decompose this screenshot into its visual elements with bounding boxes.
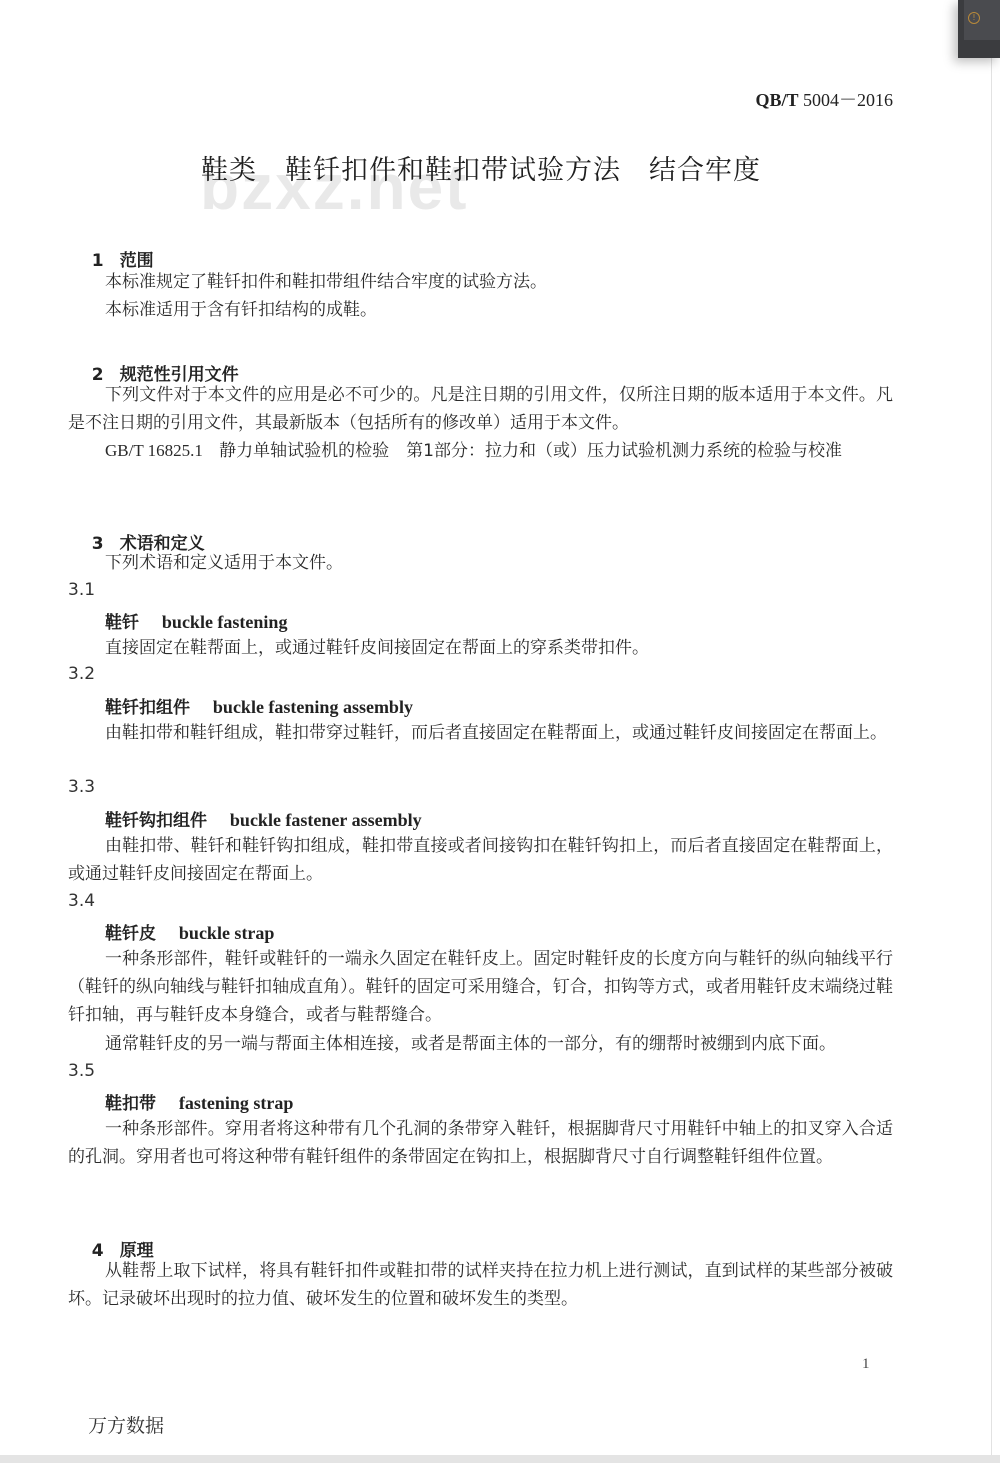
normative-reference: GB/T 16825.1 静力单轴试验机的检验 第1部分：拉力和（或）压力试验机… [68,437,893,465]
term-zh: 鞋钎 [105,613,139,633]
paragraph: 本标准规定了鞋钎扣件和鞋扣带组件结合牢度的试验方法。 [68,268,893,296]
term-en: buckle fastener assembly [230,810,422,830]
term-zh: 鞋扣带 [105,1094,156,1114]
page-edge-divider [991,0,992,1463]
term-heading: 鞋钎钩扣组件 buckle fastener assembly [105,806,422,831]
term-definition: 一种条形部件，鞋钎或鞋钎的一端永久固定在鞋钎皮上。固定时鞋钎皮的长度方向与鞋钎的… [68,945,893,1029]
term-definition: 由鞋扣带、鞋钎和鞋钎钩扣组成，鞋扣带直接或者间接钩扣在鞋钎钩扣上，而后者直接固定… [68,832,893,888]
term-zh: 鞋钎钩扣组件 [105,811,207,831]
notification-inner[interactable]: ! [964,0,1000,40]
term-definition: 一种条形部件。穿用者将这种带有几个孔洞的条带穿入鞋钎，根据脚背尺寸用鞋钎中轴上的… [68,1115,893,1171]
reference-code: GB/T 16825.1 [105,441,203,460]
term-heading: 鞋钎皮 buckle strap [105,919,274,944]
term-en: buckle fastening assembly [213,697,413,717]
term-number: 3.2 [68,664,95,684]
term-number: 3.4 [68,891,95,911]
footer-brand: 万方数据 [88,1411,164,1438]
paragraph: 下列文件对于本文件的应用是必不可少的。凡是注日期的引用文件，仅所注日期的版本适用… [68,381,893,437]
term-heading: 鞋钎扣组件 buckle fastening assembly [105,693,413,718]
bottom-scroll-edge [0,1455,1000,1463]
term-definition: 直接固定在鞋帮面上，或通过鞋钎皮间接固定在帮面上的穿系类带扣件。 [68,634,893,662]
document-title: 鞋类 鞋钎扣件和鞋扣带试验方法 结合牢度 [0,148,962,187]
warning-icon[interactable]: ! [968,12,980,24]
notification-overlay[interactable]: ! [958,0,1000,58]
reference-title: 静力单轴试验机的检验 第1部分：拉力和（或）压力试验机测力系统的检验与校准 [219,441,842,461]
term-zh: 鞋钎扣组件 [105,698,190,718]
paragraph: 下列术语和定义适用于本文件。 [68,549,893,577]
paragraph: 本标准适用于含有钎扣结构的成鞋。 [68,296,893,324]
paragraph: 从鞋帮上取下试样，将具有鞋钎扣件或鞋扣带的试样夹持在拉力机上进行测试，直到试样的… [68,1257,893,1313]
term-en: fastening strap [179,1093,294,1113]
standard-code: QB/T 5004－2016 [755,86,893,112]
term-definition: 由鞋扣带和鞋钎组成，鞋扣带穿过鞋钎，而后者直接固定在鞋帮面上，或通过鞋钎皮间接固… [68,719,893,747]
term-heading: 鞋钎 buckle fastening [105,608,287,633]
document-page: ! QB/T 5004－2016 bzxz.net 鞋类 鞋钎扣件和鞋扣带试验方… [0,0,1000,1463]
term-heading: 鞋扣带 fastening strap [105,1089,293,1114]
term-number: 3.5 [68,1061,95,1081]
standard-number: 5004－2016 [803,90,893,110]
term-note: 通常鞋钎皮的另一端与帮面主体相连接，或者是帮面主体的一部分，有的绷帮时被绷到内底… [68,1030,893,1058]
term-en: buckle strap [179,923,275,943]
term-number: 3.1 [68,580,95,600]
term-number: 3.3 [68,777,95,797]
page-number: 1 [862,1356,870,1373]
term-zh: 鞋钎皮 [105,924,156,944]
standard-prefix: QB/T [755,90,798,110]
term-en: buckle fastening [162,612,288,632]
